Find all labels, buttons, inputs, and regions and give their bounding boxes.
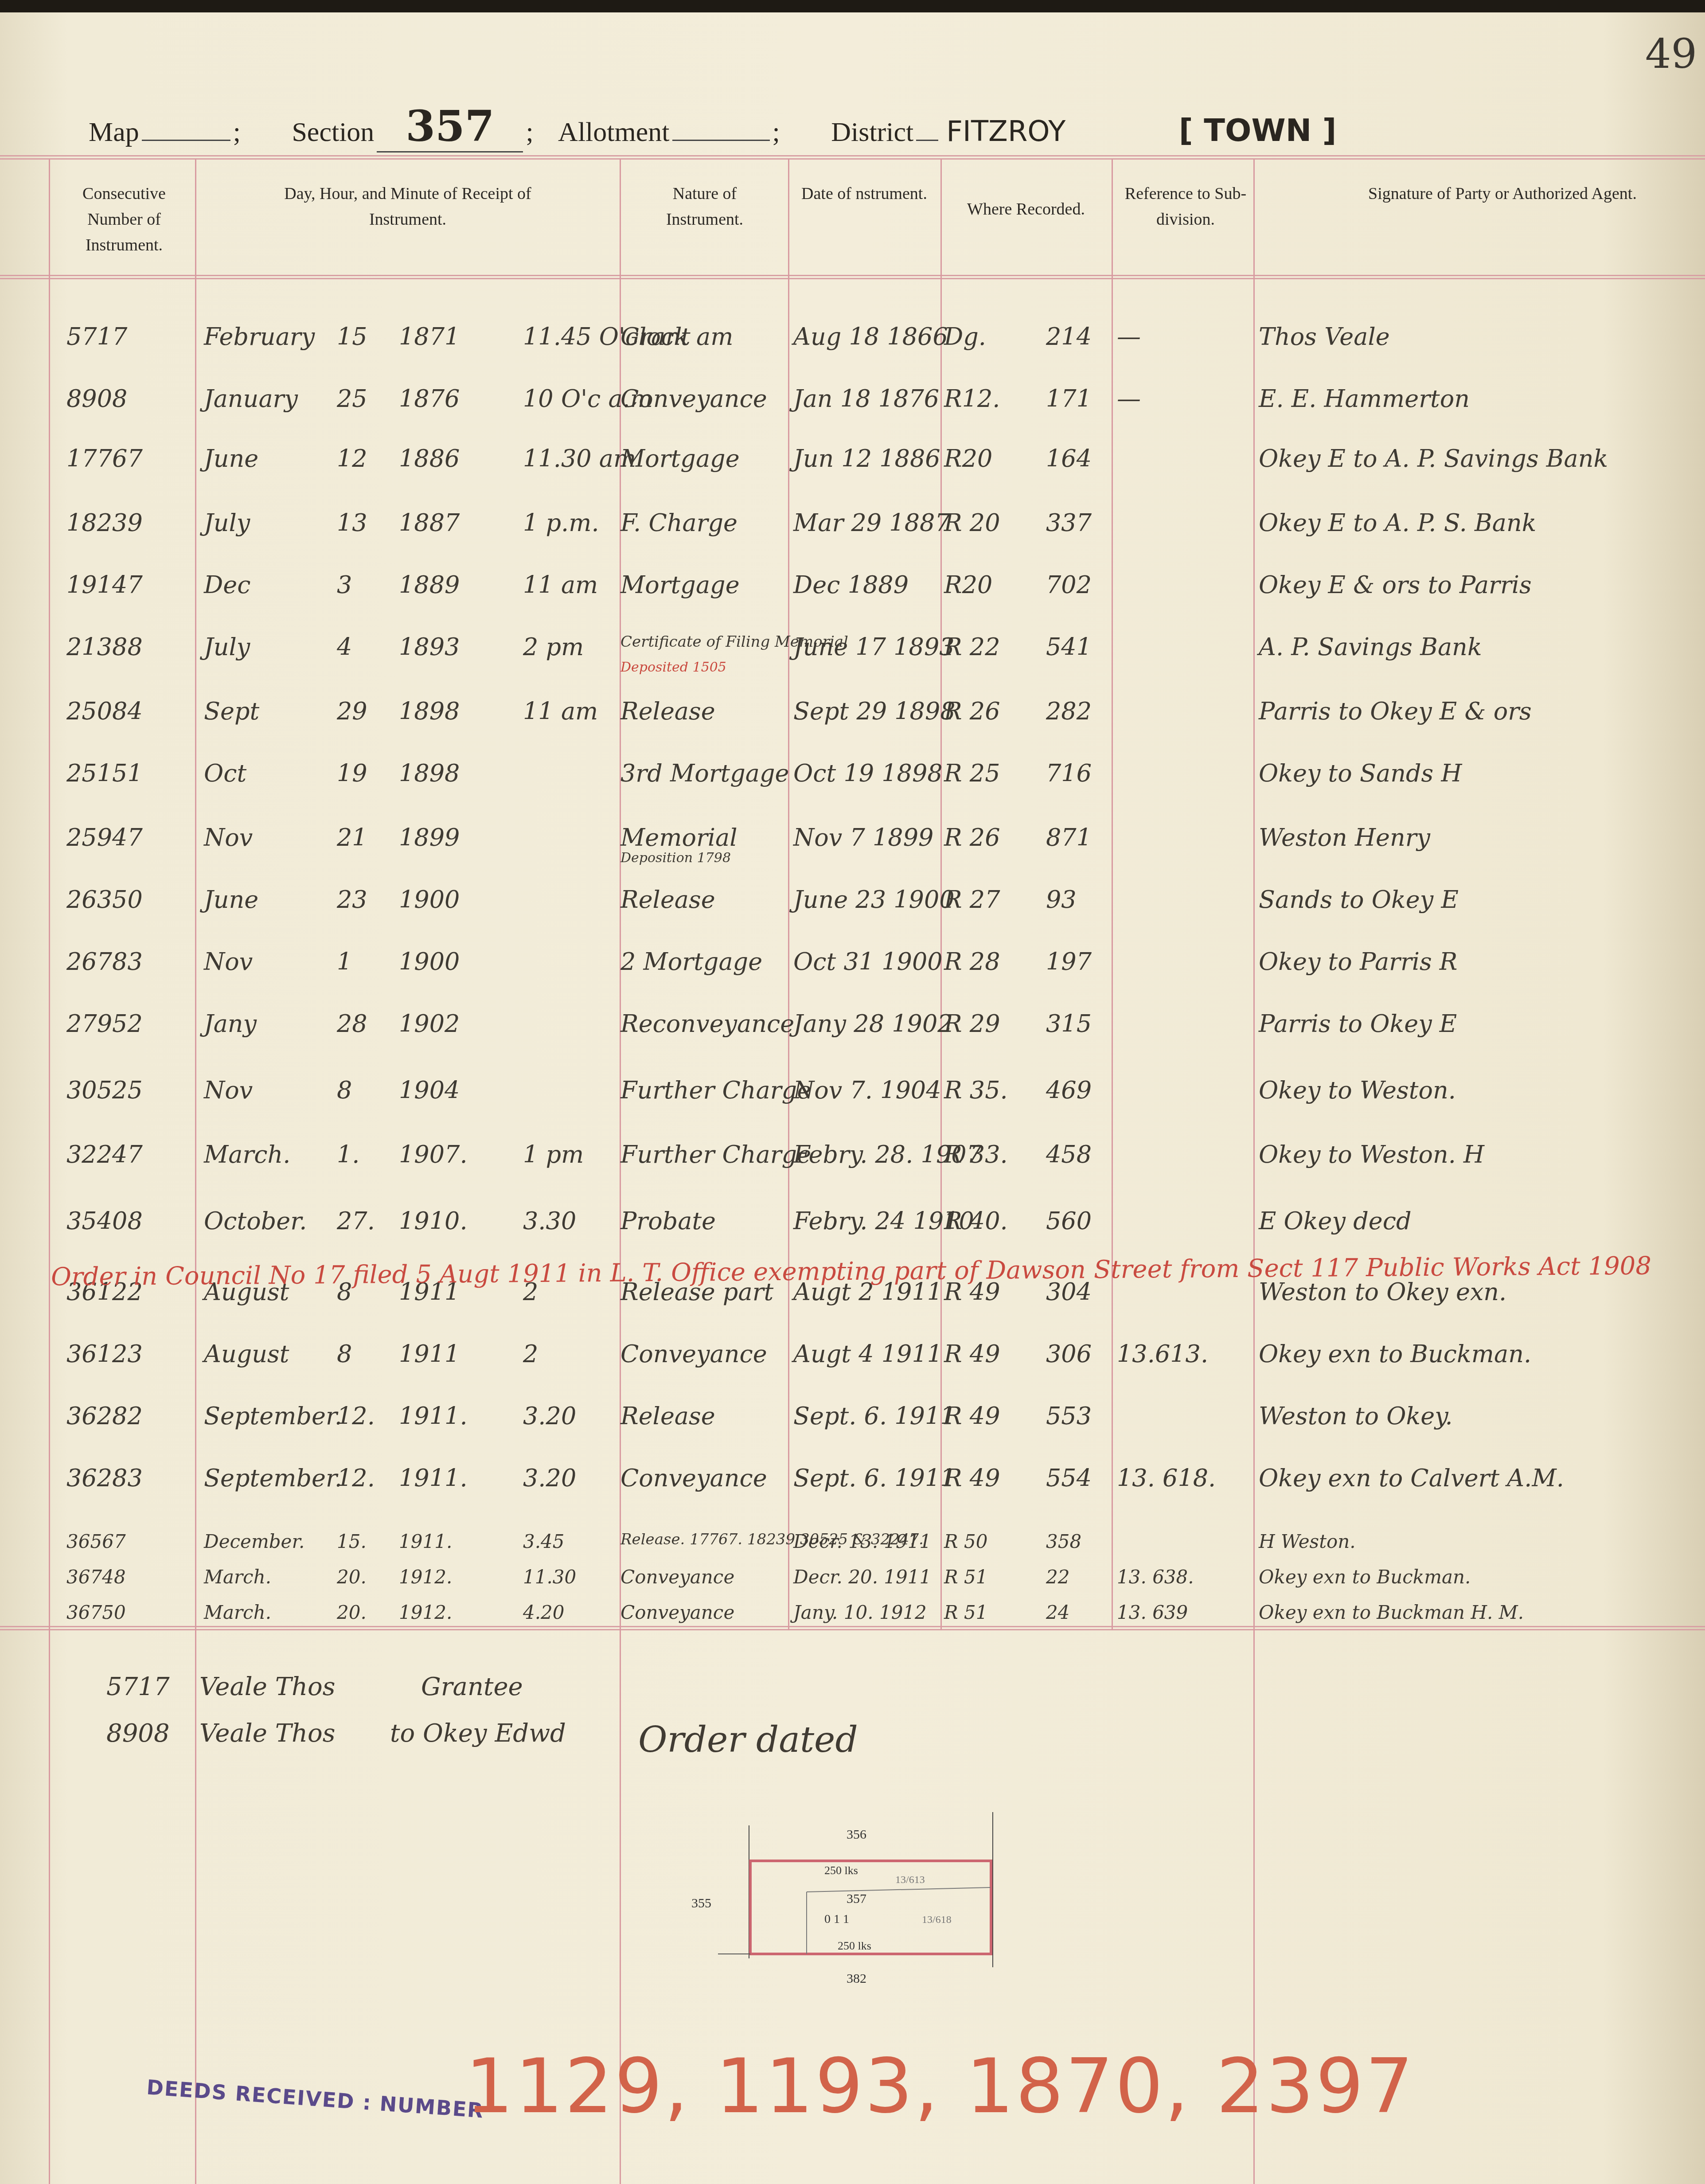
cell-time: 11 am [523, 571, 598, 599]
cell-nature: Mortgage [620, 571, 740, 599]
cell-month: Jany [204, 1010, 257, 1038]
cell-reference: — [1117, 385, 1141, 413]
cell-folio: 871 [1046, 824, 1092, 852]
cell-nature: Further Charge [620, 1141, 811, 1168]
cell-date: Jan 18 1876 [793, 385, 939, 413]
cell-book: R 49 [944, 1464, 1000, 1492]
table-row: 36283September.12.1911.3.20ConveyanceSep… [0, 1464, 1705, 1517]
cell-folio: 716 [1046, 759, 1092, 787]
cell-month: July [204, 633, 250, 661]
cell-day: 15. [337, 1531, 367, 1552]
cell-day: 25 [337, 385, 367, 413]
cell-month: June [204, 886, 258, 914]
cell-day: 12 [337, 445, 367, 473]
cell-number: 36567 [66, 1531, 126, 1552]
cell-signature: Weston to Okey. [1259, 1402, 1453, 1430]
table-row: 27952Jany281902ReconveyanceJany 28 1902R… [0, 1010, 1705, 1063]
cell-year: 1912. [399, 1602, 452, 1623]
footer-note-role: to Okey Edwd [390, 1719, 566, 1748]
cell-year: 1871 [399, 323, 460, 351]
cell-date: Nov 7 1899 [793, 824, 933, 852]
cell-nature: Memorial [620, 824, 737, 852]
cell-number: 36282 [66, 1402, 143, 1430]
cell-day: 23 [337, 886, 367, 914]
cell-day: 8 [337, 1076, 352, 1104]
cell-book: R 28 [944, 948, 1000, 976]
table-row: 26783Nov119002 MortgageOct 31 1900R 2819… [0, 948, 1705, 1001]
cell-nature: F. Charge [620, 509, 737, 537]
cell-year: 1886 [399, 445, 460, 473]
cell-day: 28 [337, 1010, 367, 1038]
table-row: 21388July418932 pmCertificate of Filing … [0, 633, 1705, 686]
cell-book: R 51 [944, 1566, 987, 1588]
cell-date: Jany. 10. 1912 [793, 1602, 927, 1623]
table-row: 30525Nov81904Further ChargeNov 7. 1904R … [0, 1076, 1705, 1129]
cell-signature: Sands to Okey E [1259, 886, 1459, 914]
cell-signature: Weston Henry [1259, 824, 1430, 852]
plan-ref-lower: 13/618 [922, 1914, 952, 1926]
cell-date: Sept 29 1898 [793, 697, 956, 725]
cell-signature: Okey E to A. P. Savings Bank [1259, 445, 1608, 473]
cell-nature: 2 Mortgage [620, 948, 762, 976]
footer-note-number: 8908 [106, 1719, 170, 1748]
table-row: 25084Sept29189811 amReleaseSept 29 1898R… [0, 697, 1705, 750]
cell-folio: 282 [1046, 697, 1092, 725]
cell-month: March. [204, 1141, 291, 1168]
cell-signature: Okey to Parris R [1259, 948, 1458, 976]
cell-year: 1900 [399, 948, 460, 976]
cell-signature: E Okey decd [1259, 1207, 1412, 1235]
cell-date: Jany 28 1902 [793, 1010, 953, 1038]
cell-reference: 13.613. [1117, 1340, 1208, 1368]
cell-folio: 93 [1046, 886, 1077, 914]
cell-time: 4.20 [523, 1602, 565, 1623]
cell-time: 3.20 [523, 1464, 576, 1492]
table-row: 25151Oct1918983rd MortgageOct 19 1898R 2… [0, 759, 1705, 813]
cell-book: R 22 [944, 633, 1000, 661]
cell-date: Sept. 6. 1911 [793, 1464, 956, 1492]
column-header-number: Consecutive Number of Instrument. [53, 181, 195, 258]
cell-day: 4 [337, 633, 352, 661]
cell-nature: Conveyance [620, 1340, 767, 1368]
map-field [142, 140, 230, 141]
cell-book: R20 [944, 445, 992, 473]
cell-month: March. [204, 1602, 271, 1623]
table-row: 18239July1318871 p.m.F. ChargeMar 29 188… [0, 509, 1705, 562]
cell-year: 1887 [399, 509, 460, 537]
plan-south: 382 [847, 1971, 866, 1986]
cell-reference: 13. 638. [1117, 1566, 1194, 1588]
cell-book: R 26 [944, 697, 1000, 725]
column-header-signature: Signature of Party or Authorized Agent. [1356, 181, 1649, 207]
cell-signature: Okey exn to Calvert A.M. [1259, 1464, 1564, 1492]
cell-date: Decr. 20. 1911 [793, 1566, 931, 1588]
cell-year: 1899 [399, 824, 460, 852]
cell-month: September. [204, 1402, 342, 1430]
cell-number: 8908 [66, 385, 127, 413]
cell-date: Oct 19 1898 [793, 759, 943, 787]
column-header-receipt: Day, Hour, and Minute of Receipt of Inst… [284, 181, 532, 232]
column-header-nature: Nature of Instrument. [634, 181, 776, 232]
cell-time: 11.30 [523, 1566, 576, 1588]
cell-year: 1876 [399, 385, 460, 413]
plan-ref-upper: 13/613 [895, 1874, 925, 1886]
cell-book: R 49 [944, 1340, 1000, 1368]
cell-folio: 315 [1046, 1010, 1092, 1038]
deeds-received-stamp: DEEDS RECEIVED : NUMBER [146, 2075, 485, 2122]
cell-signature: A. P. Savings Bank [1259, 633, 1482, 661]
cell-date: Dec 1889 [793, 571, 909, 599]
cell-signature: Thos Veale [1259, 323, 1390, 351]
cell-book: R 50 [944, 1531, 987, 1552]
register-header: Map; Section357; Allotment; DistrictFITZ… [89, 101, 1337, 152]
cell-day: 1 [337, 948, 352, 976]
cell-number: 36283 [66, 1464, 143, 1492]
cell-number: 36748 [66, 1566, 126, 1588]
cell-folio: 337 [1046, 509, 1092, 537]
plan-area: 0 1 1 [824, 1912, 849, 1926]
table-row: 32247March.1.1907.1 pmFurther ChargeFebr… [0, 1141, 1705, 1194]
footer-note-name: Veale Thos [199, 1719, 336, 1748]
cell-day: 27. [337, 1207, 375, 1235]
header-rule-top [0, 155, 1705, 160]
cell-month: September. [204, 1464, 342, 1492]
cell-number: 32247 [66, 1141, 143, 1168]
site-plan: 356 382 355 357 250 lks 250 lks 13/613 1… [656, 1812, 1011, 1989]
cell-time: 1 p.m. [523, 509, 599, 537]
cell-date: Sept. 6. 1911 [793, 1402, 956, 1430]
cell-nature: Conveyance [620, 1464, 767, 1492]
cell-day: 21 [337, 824, 367, 852]
column-header-date: Date of nstrument. [798, 181, 931, 207]
cell-nature: Further Charge [620, 1076, 811, 1104]
nature-note: Deposited 1505 [620, 660, 726, 675]
table-row: 8908January25187610 O'c a.mConveyanceJan… [0, 385, 1705, 438]
cell-month: October. [204, 1207, 307, 1235]
cell-signature: Parris to Okey E & ors [1259, 697, 1532, 725]
column-header-where: Where Recorded. [953, 196, 1099, 222]
cell-month: Nov [204, 1076, 253, 1104]
cell-time: 3.45 [523, 1531, 565, 1552]
cell-year: 1898 [399, 697, 460, 725]
header-rule-bottom [0, 275, 1705, 279]
cell-year: 1910. [399, 1207, 468, 1235]
cell-signature: Okey E to A. P. S. Bank [1259, 509, 1536, 537]
cell-signature: Okey to Sands H [1259, 759, 1462, 787]
cell-signature: Okey exn to Buckman. [1259, 1566, 1471, 1588]
cell-day: 8 [337, 1340, 352, 1368]
cell-time: 3.30 [523, 1207, 576, 1235]
cell-signature: Okey exn to Buckman. [1259, 1340, 1531, 1368]
cell-number: 36750 [66, 1602, 126, 1623]
cell-nature: Release [620, 886, 715, 914]
cell-year: 1902 [399, 1010, 460, 1038]
cell-nature: Conveyance [620, 1602, 734, 1623]
cell-month: March. [204, 1566, 271, 1588]
cell-time: 2 [523, 1340, 538, 1368]
cell-signature: Okey E & ors to Parris [1259, 571, 1532, 599]
cell-time: 1 pm [523, 1141, 584, 1168]
cell-book: R 49 [944, 1402, 1000, 1430]
footer-note-role: Grantee [421, 1672, 523, 1701]
cell-number: 25084 [66, 697, 143, 725]
cell-date: Aug 18 1866 [793, 323, 948, 351]
cell-year: 1911. [399, 1464, 468, 1492]
plan-north: 356 [847, 1827, 866, 1842]
cell-number: 25151 [66, 759, 143, 787]
cell-date: June 17 1893 [793, 633, 955, 661]
table-row: 36282September.12.1911.3.20ReleaseSept. … [0, 1402, 1705, 1455]
cell-day: 12. [337, 1402, 375, 1430]
cell-time: 11.30 am [523, 445, 636, 473]
cell-date: Oct 31 1900 [793, 948, 943, 976]
cell-month: Sept [204, 697, 259, 725]
cell-reference: — [1117, 323, 1141, 351]
cell-number: 25947 [66, 824, 143, 852]
cell-folio: 553 [1046, 1402, 1092, 1430]
cell-nature: 3rd Mortgage [620, 759, 789, 787]
cell-nature: Release [620, 1402, 715, 1430]
cell-month: Dec [204, 571, 251, 599]
cell-month: February [204, 323, 315, 351]
district-label: District [831, 117, 913, 148]
nature-note: Deposition 1798 [620, 850, 731, 866]
cell-book: R 35. [944, 1076, 1008, 1104]
cell-book: R12. [944, 385, 1000, 413]
cell-time: 2 pm [523, 633, 584, 661]
cell-book: R 29 [944, 1010, 1000, 1038]
red-note: Order dated [638, 1719, 858, 1760]
cell-month: June [204, 445, 258, 473]
cell-book: R 27 [944, 886, 1000, 914]
cell-number: 27952 [66, 1010, 143, 1038]
cell-date: Mar 29 1887 [793, 509, 950, 537]
cell-month: January [204, 385, 298, 413]
cell-month: Oct [204, 759, 246, 787]
cell-day: 19 [337, 759, 367, 787]
plan-centre: 357 [847, 1891, 866, 1906]
cell-date: Nov 7. 1904 [793, 1076, 941, 1104]
cell-date: June 23 1900 [793, 886, 955, 914]
cell-year: 1900 [399, 886, 460, 914]
cell-time: 3.20 [523, 1402, 576, 1430]
cell-folio: 358 [1046, 1531, 1081, 1552]
cell-folio: 171 [1046, 385, 1092, 413]
cell-year: 1911 [399, 1340, 460, 1368]
table-row: 25947Nov211899MemorialNov 7 1899R 26871W… [0, 824, 1705, 877]
ledger-page: 49 Map; Section357; Allotment; DistrictF… [0, 12, 1705, 2184]
cell-folio: 554 [1046, 1464, 1092, 1492]
table-row: 19147Dec3188911 amMortgageDec 1889R20702… [0, 571, 1705, 624]
cell-year: 1904 [399, 1076, 460, 1104]
cell-book: R 40. [944, 1207, 1008, 1235]
cell-day: 13 [337, 509, 367, 537]
cell-signature: Okey to Weston. H [1259, 1141, 1484, 1168]
cell-reference: 13. 639 [1117, 1602, 1188, 1623]
map-label: Map [89, 117, 139, 148]
cell-nature: Conveyance [620, 1566, 734, 1588]
cell-number: 30525 [66, 1076, 143, 1104]
cell-month: Nov [204, 824, 253, 852]
cell-day: 1. [337, 1141, 360, 1168]
cell-book: R 33. [944, 1141, 1008, 1168]
cell-year: 1889 [399, 571, 460, 599]
cell-number: 26350 [66, 886, 143, 914]
cell-folio: 541 [1046, 633, 1092, 661]
cell-folio: 24 [1046, 1602, 1069, 1623]
cell-folio: 22 [1046, 1566, 1069, 1588]
cell-time: 11 am [523, 697, 598, 725]
cell-year: 1898 [399, 759, 460, 787]
cell-book: R 51 [944, 1602, 987, 1623]
cell-year: 1912. [399, 1566, 452, 1588]
table-row: 35408October.27.1910.3.30ProbateFebry. 2… [0, 1207, 1705, 1260]
cell-nature: Probate [620, 1207, 716, 1235]
district-field: FITZROY [946, 115, 1065, 148]
cell-number: 17767 [66, 445, 143, 473]
cell-month: Nov [204, 948, 253, 976]
table-row: 26350June231900ReleaseJune 23 1900R 2793… [0, 886, 1705, 939]
cell-folio: 306 [1046, 1340, 1092, 1368]
cell-date: Jun 12 1886 [793, 445, 940, 473]
cell-signature: E. E. Hammerton [1259, 385, 1470, 413]
cell-year: 1907. [399, 1141, 468, 1168]
cell-day: 20. [337, 1602, 367, 1623]
cell-day: 29 [337, 697, 367, 725]
cell-number: 35408 [66, 1207, 143, 1235]
cell-date: Decr. 13. 1911 [793, 1531, 931, 1552]
deeds-numbers: 1129, 1193, 1870, 2397 [465, 2043, 1415, 2130]
cell-book: R 26 [944, 824, 1000, 852]
plan-west: 355 [691, 1896, 711, 1911]
cell-number: 18239 [66, 509, 143, 537]
cell-nature: Release [620, 697, 715, 725]
cell-year: 1911. [399, 1402, 468, 1430]
cell-day: 15 [337, 323, 367, 351]
cell-number: 5717 [66, 323, 127, 351]
cell-nature: Grant [620, 323, 691, 351]
plan-top-dim: 250 lks [824, 1864, 858, 1877]
cell-day: 12. [337, 1464, 375, 1492]
cell-number: 21388 [66, 633, 143, 661]
cell-year: 1893 [399, 633, 460, 661]
cell-signature: H Weston. [1259, 1531, 1356, 1552]
town-label: [ TOWN ] [1179, 112, 1337, 148]
cell-day: 3 [337, 571, 352, 599]
plan-bottom-dim: 250 lks [838, 1939, 871, 1952]
cell-reference: 13. 618. [1117, 1464, 1216, 1492]
cell-folio: 560 [1046, 1207, 1092, 1235]
cell-folio: 469 [1046, 1076, 1092, 1104]
cell-book: R 25 [944, 759, 1000, 787]
cell-folio: 197 [1046, 948, 1092, 976]
cell-signature: Parris to Okey E [1259, 1010, 1457, 1038]
footer-note-name: Veale Thos [199, 1672, 336, 1701]
cell-number: 19147 [66, 571, 143, 599]
table-row: 17767June12188611.30 amMortgageJun 12 18… [0, 445, 1705, 498]
column-header-reference: Reference to Sub-division. [1121, 181, 1250, 232]
cell-folio: 702 [1046, 571, 1092, 599]
cell-folio: 214 [1046, 323, 1092, 351]
cell-nature: Conveyance [620, 385, 767, 413]
section-field: 357 [377, 101, 523, 152]
cell-number: 26783 [66, 948, 143, 976]
cell-nature: Mortgage [620, 445, 740, 473]
cell-book: R 20 [944, 509, 1000, 537]
footer-note-number: 5717 [106, 1672, 170, 1701]
cell-book: Dg. [944, 323, 986, 351]
cell-folio: 164 [1046, 445, 1092, 473]
allotment-label: Allotment [558, 117, 669, 148]
cell-year: 1911. [399, 1531, 452, 1552]
cell-signature: Okey to Weston. [1259, 1076, 1456, 1104]
cell-nature: Reconveyance [620, 1010, 794, 1038]
cell-month: August [204, 1340, 289, 1368]
page-number: 49 [1645, 30, 1697, 78]
cell-signature: Okey exn to Buckman H. M. [1259, 1602, 1524, 1623]
section-label: Section [292, 117, 374, 148]
table-row: 36123August819112ConveyanceAugt 4 1911R … [0, 1340, 1705, 1393]
allotment-field [672, 140, 770, 141]
cell-day: 20. [337, 1566, 367, 1588]
table-row: 36750March.20.1912.4.20ConveyanceJany. 1… [0, 1602, 1705, 1655]
cell-book: R20 [944, 571, 992, 599]
table-row: 5717February15187111.45 O'clock amGrantA… [0, 323, 1705, 376]
cell-month: July [204, 509, 250, 537]
cell-folio: 458 [1046, 1141, 1092, 1168]
cell-month: December. [204, 1531, 304, 1552]
cell-date: Augt 4 1911 [793, 1340, 942, 1368]
cell-number: 36123 [66, 1340, 143, 1368]
